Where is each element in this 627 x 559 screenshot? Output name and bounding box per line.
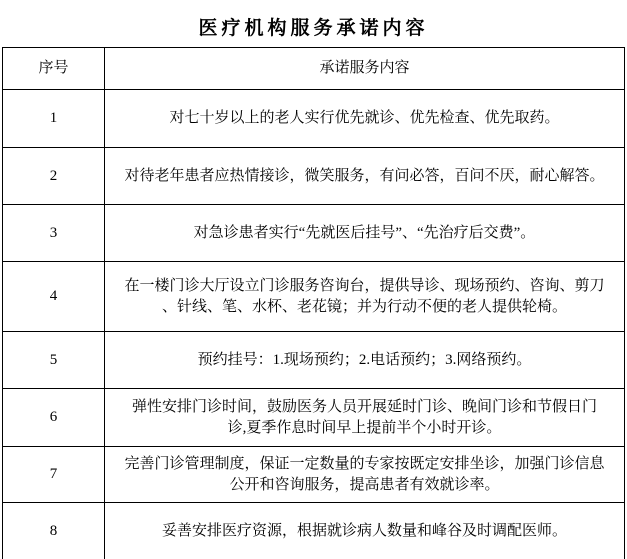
table-header-row: 序号 承诺服务内容 [3, 48, 625, 90]
table-row: 3 对急诊患者实行“先就医后挂号”、“先治疗后交费”。 [3, 205, 625, 262]
column-header-content: 承诺服务内容 [105, 48, 625, 90]
row-number: 8 [3, 503, 105, 559]
table-row: 2 对待老年患者应热情接诊，微笑服务，有问必答，百问不厌，耐心解答。 [3, 148, 625, 205]
row-number: 4 [3, 262, 105, 332]
page-title: 医疗机构服务承诺内容 [0, 13, 627, 40]
row-number: 5 [3, 332, 105, 389]
document-page: 医疗机构服务承诺内容 序号 承诺服务内容 1 对七十岁以上的老人实行优先就诊、优… [0, 0, 627, 559]
row-number: 2 [3, 148, 105, 205]
row-content: 在一楼门诊大厅设立门诊服务咨询台，提供导诊、现场预约、咨询、剪刀 、针线、笔、水… [105, 262, 625, 332]
row-content: 妥善安排医疗资源，根据就诊病人数量和峰谷及时调配医师。 [105, 503, 625, 559]
row-content: 预约挂号：1.现场预约；2.电话预约；3.网络预约。 [105, 332, 625, 389]
row-content: 对急诊患者实行“先就医后挂号”、“先治疗后交费”。 [105, 205, 625, 262]
table-row: 1 对七十岁以上的老人实行优先就诊、优先检查、优先取药。 [3, 90, 625, 148]
row-content: 对待老年患者应热情接诊，微笑服务，有问必答，百问不厌，耐心解答。 [105, 148, 625, 205]
row-number: 3 [3, 205, 105, 262]
row-content: 完善门诊管理制度，保证一定数量的专家按既定安排坐诊，加强门诊信息 公开和咨询服务… [105, 447, 625, 503]
table-row: 8 妥善安排医疗资源，根据就诊病人数量和峰谷及时调配医师。 [3, 503, 625, 559]
table-row: 7 完善门诊管理制度，保证一定数量的专家按既定安排坐诊，加强门诊信息 公开和咨询… [3, 447, 625, 503]
table-row: 4 在一楼门诊大厅设立门诊服务咨询台，提供导诊、现场预约、咨询、剪刀 、针线、笔… [3, 262, 625, 332]
row-number: 1 [3, 90, 105, 148]
row-number: 7 [3, 447, 105, 503]
commitment-table: 序号 承诺服务内容 1 对七十岁以上的老人实行优先就诊、优先检查、优先取药。 2… [2, 47, 625, 559]
row-number: 6 [3, 389, 105, 447]
row-content: 弹性安排门诊时间，鼓励医务人员开展延时门诊、晚间门诊和节假日门 诊,夏季作息时间… [105, 389, 625, 447]
row-content: 对七十岁以上的老人实行优先就诊、优先检查、优先取药。 [105, 90, 625, 148]
table-row: 6 弹性安排门诊时间，鼓励医务人员开展延时门诊、晚间门诊和节假日门 诊,夏季作息… [3, 389, 625, 447]
table-row: 5 预约挂号：1.现场预约；2.电话预约；3.网络预约。 [3, 332, 625, 389]
column-header-no: 序号 [3, 48, 105, 90]
